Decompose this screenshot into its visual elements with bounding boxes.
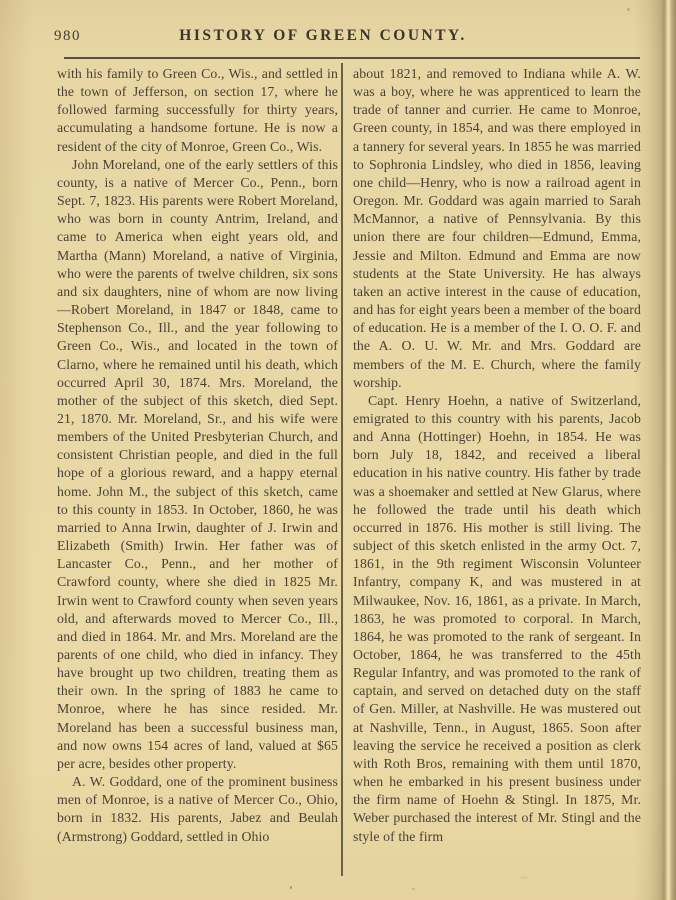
paragraph: about 1821, and removed to Indiana while… — [353, 65, 641, 392]
paper-speck — [412, 888, 415, 890]
header-rule — [64, 57, 640, 59]
paragraph: John Moreland, one of the early settlers… — [57, 156, 338, 773]
book-page: 980 HISTORY OF GREEN COUNTY. with his fa… — [0, 0, 676, 900]
paragraph: A. W. Goddard, one of the prominent busi… — [57, 773, 338, 846]
column-divider — [341, 63, 343, 876]
paper-speck — [627, 8, 630, 11]
paper-speck — [290, 886, 292, 889]
page-title: HISTORY OF GREEN COUNTY. — [0, 27, 646, 45]
paragraph: Capt. Henry Hoehn, a native of Switzerla… — [353, 392, 641, 846]
left-column: with his family to Green Co., Wis., and … — [57, 65, 338, 885]
paragraph: with his family to Green Co., Wis., and … — [57, 65, 338, 156]
right-column: about 1821, and removed to Indiana while… — [353, 65, 641, 885]
